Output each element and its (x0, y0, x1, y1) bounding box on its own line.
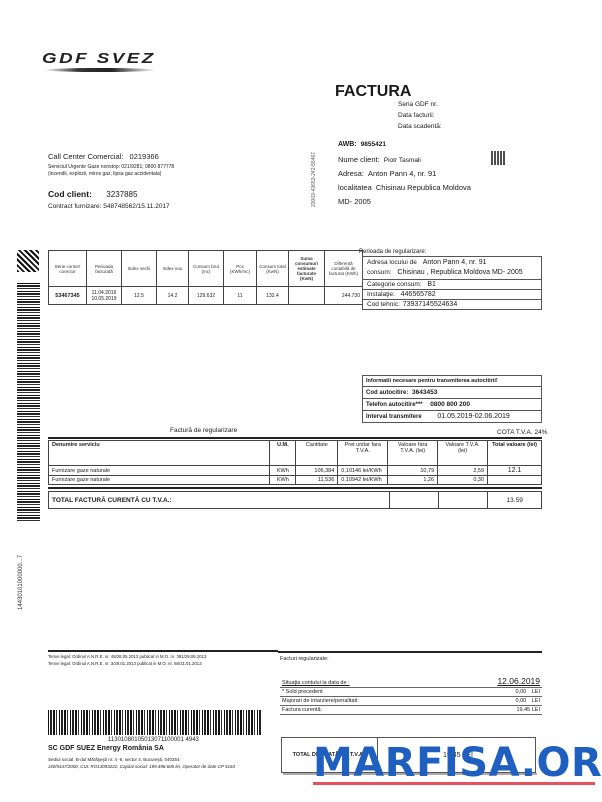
self-reading-code-label: Cod autocitire: (366, 390, 408, 396)
barcode-number: 11301080105013071100001 4943 (108, 737, 199, 743)
svc-unit-price: 0,10942 lei/KWh (338, 476, 388, 485)
self-reading-phone-value: 0800 800 200 (430, 401, 470, 408)
vertical-barcode (17, 283, 40, 523)
legal-basis-1: Temei legal: Ordinul A.N.R.E. nr. 46/28.… (48, 654, 206, 659)
svc-vat: 0,30 (438, 476, 488, 485)
company-address-2: J40/5447/2000, CUI: RO13093222, Capital … (48, 764, 235, 769)
account-row-unit: LEI (532, 707, 540, 713)
emergency-info: Serviciul Urgente Gaze nonstop: 021/9281… (48, 164, 198, 177)
client-name: Nume client: Piotr Tasmali (338, 155, 421, 164)
legal-basis-2: Temei legal: Ordinul A.N.R.E. nr. 3/29.0… (48, 661, 202, 666)
meter-table: Serie contor/ corector Perioada facturat… (48, 250, 363, 305)
divider (278, 651, 542, 653)
meter-col-perioada: Perioada facturată (87, 251, 122, 287)
account-situation-label: Situaţia contului la data de : (282, 680, 350, 686)
self-reading-interval-row: Interval transmitere 01.05.2019-02.06.20… (363, 411, 541, 422)
meter-col-serie: Serie contor/ corector (49, 251, 87, 287)
self-reading-title: Informatii necesare pentru transmiterea … (363, 376, 541, 387)
svc-name: Furnizare gaze naturale (49, 476, 270, 485)
location-installation-row: Instalaţie: 446565782 (363, 290, 541, 300)
svc-col-value-no-vat: Valoare fara T.V.A. (lei) (388, 441, 438, 466)
service-row: Furnizare gaze naturale KWh 11,536 0,109… (49, 476, 542, 485)
svc-total: 12.1 (488, 466, 542, 476)
account-row-label: * Sold precedent (282, 689, 323, 695)
meter-index-nou: 14.2 (157, 287, 189, 305)
watermark: MARFISA.ORG (313, 740, 602, 786)
client-code: Cod client: 3237885 (48, 189, 137, 199)
client-name-label: Nume client: (338, 155, 380, 164)
account-row-value: 0,00 (515, 698, 526, 704)
contract: Contract furnizare: 548748562/15.11.2017 (48, 203, 170, 210)
awb-value: 9855421 (361, 141, 386, 148)
current-total-value: 13.59 (488, 492, 542, 509)
contract-value: 548748562/15.11.2017 (103, 203, 169, 210)
account-situation-date: 12.06.2019 (497, 676, 540, 686)
self-reading-phone-label: Telefon autocitire*** (366, 402, 423, 408)
svc-qty: 106,384 (296, 466, 338, 476)
tech-code-value: 73937145524634 (403, 301, 458, 308)
svc-vat: 2,59 (438, 466, 488, 476)
logo-swoosh (44, 68, 156, 72)
meter-col-suma-estimate: Suma consumuri estimate facturate (KwN) (289, 251, 325, 287)
meter-index-vechi: 12.5 (122, 287, 157, 305)
company-name: SC GDF SUEZ Energy România SA (48, 745, 164, 752)
meter-diferenta: 244.730 (325, 287, 363, 305)
location-consum-value: Chisinau , Republica Moldova MD- 2005 (397, 269, 522, 276)
client-code-value: 3237885 (106, 190, 137, 199)
meter-col-consum-total: Consum total (KwN) (257, 251, 289, 287)
svc-total (488, 476, 542, 485)
perioada-regularizare-label: Perioada de regularizare: (359, 249, 426, 255)
account-row: Majorari de intarziere/penalitati: 0,00 … (280, 697, 542, 706)
svc-col-name: Denumire serviciu (49, 441, 270, 466)
client-city-label: localitatea (338, 183, 372, 192)
location-category-row: Categorie consum: B1 (363, 280, 541, 290)
svc-value-no-vat: 1,26 (388, 476, 438, 485)
location-address-label: Adresa locului de (367, 259, 417, 266)
client-postal: MD- 2005 (338, 197, 371, 206)
company-logo: GDF SVEZ (42, 50, 156, 67)
account-row-label: Majorari de intarziere/penalitati: (282, 698, 359, 704)
self-reading-code-row: Cod autocitire: 3643453 (363, 387, 541, 399)
svc-col-qty: Cantitate (296, 441, 338, 466)
svc-um: KWh (270, 476, 296, 485)
vertical-number: 14430101000000...7 (18, 555, 24, 610)
meter-col-consum-brut: Consum brut (mc) (189, 251, 224, 287)
category-value: B1 (427, 281, 436, 288)
self-reading-code-value: 3643453 (412, 389, 437, 396)
self-reading-interval-label: Interval transmitere (366, 414, 422, 420)
svc-col-vat: Valoare T.V.A. (lei) (438, 441, 488, 466)
consumption-location-box: Adresa locului de Anton Pann 4, nr. 91 c… (362, 256, 542, 310)
contract-label: Contract furnizare: (48, 203, 101, 210)
account-row-label: Factura curentă: (282, 707, 322, 713)
tech-code-label: Cod tehnic: (367, 301, 400, 308)
location-address-row: Adresa locului de Anton Pann 4, nr. 91 c… (363, 257, 541, 280)
meter-col-pcs: Pcs (KWh/mc) (224, 251, 257, 287)
divider (48, 487, 542, 489)
services-table: Denumire serviciu U.M. Cantitate Pret un… (48, 440, 542, 485)
meter-suma-estimate (289, 287, 325, 305)
svc-name: Furnizare gaze naturale (49, 466, 270, 476)
account-row-unit: LEI (532, 689, 540, 695)
location-tech-code-row: Cod tehnic: 73937145524634 (363, 300, 541, 309)
svc-col-total: Total valoare (lei) (488, 441, 542, 466)
installation-value: 446565782 (401, 291, 436, 298)
self-reading-phone-row: Telefon autocitire*** 0800 800 200 (363, 399, 541, 411)
meter-col-index-nou: Index nou (157, 251, 189, 287)
account-situation: Situaţia contului la data de : 12.06.201… (280, 675, 542, 715)
empty-cell (439, 492, 488, 509)
self-reading-box: Informatii necesare pentru transmiterea … (362, 375, 542, 423)
category-label: Categorie consum: (367, 281, 422, 288)
client-city-value: Chisinau Republica Moldova (376, 183, 471, 192)
meter-header-row: Serie contor/ corector Perioada facturat… (49, 251, 363, 287)
divider (48, 650, 278, 652)
meter-row: 53467345 11.04.2019 10.05.2019 12.5 14.2… (49, 287, 363, 305)
watermark-underline (313, 782, 595, 785)
meter-col-diferenta: Diferență contabilă de facturat (KWh) (325, 251, 363, 287)
location-address-value: Anton Pann 4, nr. 91 (423, 259, 487, 266)
client-city: localitatea Chisinau Republica Moldova (338, 183, 471, 192)
service-row: Furnizare gaze naturale KWh 106,384 0,10… (49, 466, 542, 476)
meter-perioada: 11.04.2019 10.05.2019 (87, 287, 122, 305)
svc-qty: 11,536 (296, 476, 338, 485)
company-address-1: Sediul social: B-dul Mărăşeşti nr. 4 -6,… (48, 757, 180, 762)
svc-unit-price: 0,10146 lei/KWh (338, 466, 388, 476)
awb-label: AWB: (338, 141, 357, 148)
payment-barcode (48, 710, 261, 735)
meter-consum-total: 132.4 (257, 287, 289, 305)
current-total-label: TOTAL FACTURĂ CURENTĂ CU T.V.A.: (49, 492, 390, 509)
call-center: Call Center Comercial: 0219366 (48, 152, 159, 161)
client-address: Adresa: Anton Pann 4, nr. 91 (338, 169, 436, 178)
svc-um: KWh (270, 466, 296, 476)
self-reading-interval-value: 01.05.2019-02.06.2019 (437, 413, 509, 420)
call-center-value: 0219366 (130, 152, 159, 161)
vertical-tracking-code: 23003-43653-242-55467 (311, 152, 317, 207)
services-header-row: Denumire serviciu U.M. Cantitate Pret un… (49, 441, 542, 466)
meter-consum-brut: 129.632 (189, 287, 224, 305)
svc-col-um: U.M. (270, 441, 296, 466)
account-row: * Sold precedent 0,00 LEI (280, 688, 542, 697)
client-address-value: Anton Pann 4, nr. 91 (368, 169, 436, 178)
meta-seria: Seria GDF nr. (398, 101, 438, 108)
meter-pcs: 11 (224, 287, 257, 305)
empty-cell (389, 492, 438, 509)
client-name-value: Piotr Tasmali (384, 157, 421, 164)
meter-serie: 53467345 (49, 287, 87, 305)
services-section-title: Factură de regularizare (170, 427, 237, 434)
svc-value-no-vat: 10,79 (388, 466, 438, 476)
account-row-value: 0,00 (515, 689, 526, 695)
datamatrix-side-icon (17, 250, 39, 272)
datamatrix-code-icon (491, 151, 505, 165)
installation-label: Instalaţie: (367, 291, 395, 298)
account-situation-header: Situaţia contului la data de : 12.06.201… (280, 675, 542, 688)
client-address-label: Adresa: (338, 169, 364, 178)
meta-data-factura: Data facturii: (398, 112, 435, 119)
current-total-row: TOTAL FACTURĂ CURENTĂ CU T.V.A.: 13.59 (49, 492, 542, 509)
awb: AWB: 9855421 (338, 141, 386, 148)
location-consum-label: consum: (367, 269, 392, 276)
meta-data-scadenta: Data scadentă: (398, 123, 442, 130)
client-code-label: Cod client: (48, 189, 92, 199)
current-total-box: TOTAL FACTURĂ CURENTĂ CU T.V.A.: 13.59 (48, 491, 542, 509)
vat-rate: COTA T.V.A. 24% (497, 429, 547, 436)
emergency-line-2: (incendii, explozii, miros gaz, lipsa ga… (48, 171, 198, 178)
account-row: Factura curentă: 19.45 LEI (280, 706, 542, 715)
account-row-unit: LEI (532, 698, 540, 704)
account-row-value: 19.45 (516, 707, 530, 713)
meter-col-index-vechi: Index vechi (122, 251, 157, 287)
call-center-label: Call Center Comercial: (48, 152, 123, 161)
svc-col-unit-price: Pret unitar fara T.V.A. (338, 441, 388, 466)
invoice-title: FACTURA (335, 83, 411, 101)
divider (48, 437, 542, 439)
regularized-invoices-label: Facturi regularizate: (280, 656, 329, 662)
